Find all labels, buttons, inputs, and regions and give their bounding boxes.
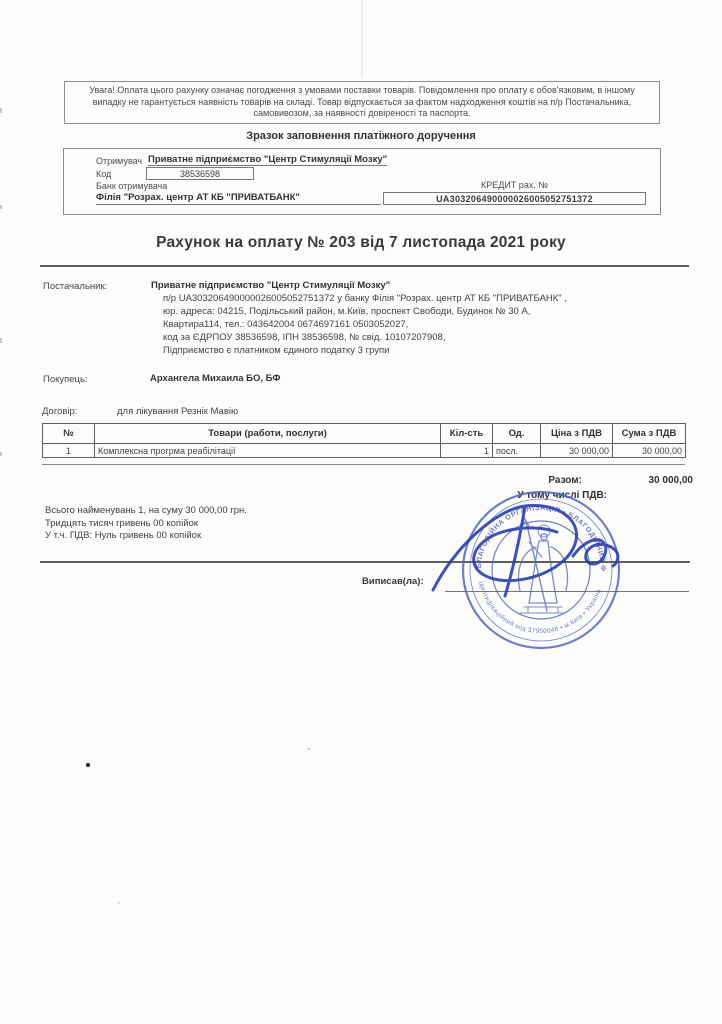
item-qty: 1 [441, 444, 493, 458]
col-header-sum: Сума з ПДВ [613, 424, 686, 444]
scan-edge-mark [0, 452, 2, 456]
ink-speck [308, 748, 310, 750]
code-label: Код [96, 169, 111, 179]
buyer-value: Архангела Михаила БО, БФ [150, 373, 280, 384]
payment-sample-title: Зразок заповнення платіжного доручення [0, 130, 722, 142]
receiver-bank-label: Банк отримувача [96, 181, 167, 191]
receiver-value: Приватне підприємство "Центр Стимуляції … [148, 154, 387, 166]
scan-edge-mark [0, 108, 2, 113]
items-table-header-row: № Товари (работи, послуги) Кіл-сть Од. Ц… [43, 424, 686, 444]
payment-warning-notice: Увага! Оплата цього рахунку означає пого… [64, 81, 660, 124]
supplier-name: Приватне підприємство "Центр Стимуляції … [151, 280, 390, 291]
contract-label: Договір: [42, 406, 77, 417]
item-num: 1 [43, 444, 95, 458]
table-row: 1 Комплексна прогрма реабілітації 1 посл… [43, 444, 686, 458]
supplier-detail-line: код за ЄДРПОУ 38536598, ІПН 38536598, № … [163, 332, 445, 343]
col-header-price: Ціна з ПДВ [541, 424, 613, 444]
col-header-goods: Товари (работи, послуги) [95, 424, 441, 444]
item-unit: посл. [493, 444, 541, 458]
item-sum: 30 000,00 [613, 444, 686, 458]
scan-edge-mark [0, 338, 2, 343]
col-header-num: № [43, 424, 95, 444]
summary-total-line: Всього найменувань 1, на суму 30 000,00 … [45, 505, 247, 516]
items-table: № Товари (работи, послуги) Кіл-сть Од. Ц… [42, 423, 686, 458]
scan-fold-line [361, 0, 363, 78]
supplier-detail-line: Квартира114, тел.: 043642004 0674697161 … [163, 319, 408, 330]
scanned-invoice-page: Увага! Оплата цього рахунку означає пого… [0, 0, 722, 1024]
contract-value: для лікування Резнік Мавію [117, 406, 238, 417]
credit-account-field: UA303206490000026005052751372 [383, 192, 646, 205]
supplier-detail-line: п/р UA303206490000026005052751372 у банк… [163, 293, 567, 304]
code-field: 38536598 [146, 167, 254, 180]
issued-by-label: Виписав(ла): [362, 576, 424, 587]
receiver-label: Отримувач [96, 156, 142, 166]
summary-words-line: Тридцять тисяч гривень 00 копійок [45, 518, 198, 529]
invoice-title: Рахунок на оплату № 203 від 7 листопада … [0, 234, 722, 252]
supplier-detail-line: юр. адреса: 04215, Подільський район, м.… [163, 306, 530, 317]
payment-warning-text: Увага! Оплата цього рахунку означає пого… [89, 85, 635, 118]
col-header-qty: Кіл-сть [441, 424, 493, 444]
item-price: 30 000,00 [541, 444, 613, 458]
title-rule [40, 265, 689, 267]
scan-edge-mark [0, 205, 2, 209]
handwritten-signature [425, 492, 650, 607]
item-name: Комплексна прогрма реабілітації [95, 444, 441, 458]
buyer-label: Покупець: [43, 374, 88, 385]
receiver-bank-value: Філія "Розрах. центр АТ КБ "ПРИВАТБАНК" [96, 192, 381, 205]
supplier-detail-line: Підприємство є платником єдиного податку… [163, 345, 389, 356]
ink-speck [86, 763, 90, 767]
credit-account-label: КРЕДИТ рах. № [383, 180, 646, 190]
col-header-unit: Од. [493, 424, 541, 444]
ink-speck [118, 902, 120, 904]
summary-vat-line: У т.ч. ПДВ: Нуль гривень 00 копійок [45, 530, 201, 541]
table-bottom-rule [42, 464, 685, 465]
supplier-label: Постачальник: [43, 281, 107, 292]
payment-sample-box: Отримувач Приватне підприємство "Центр С… [63, 148, 661, 215]
